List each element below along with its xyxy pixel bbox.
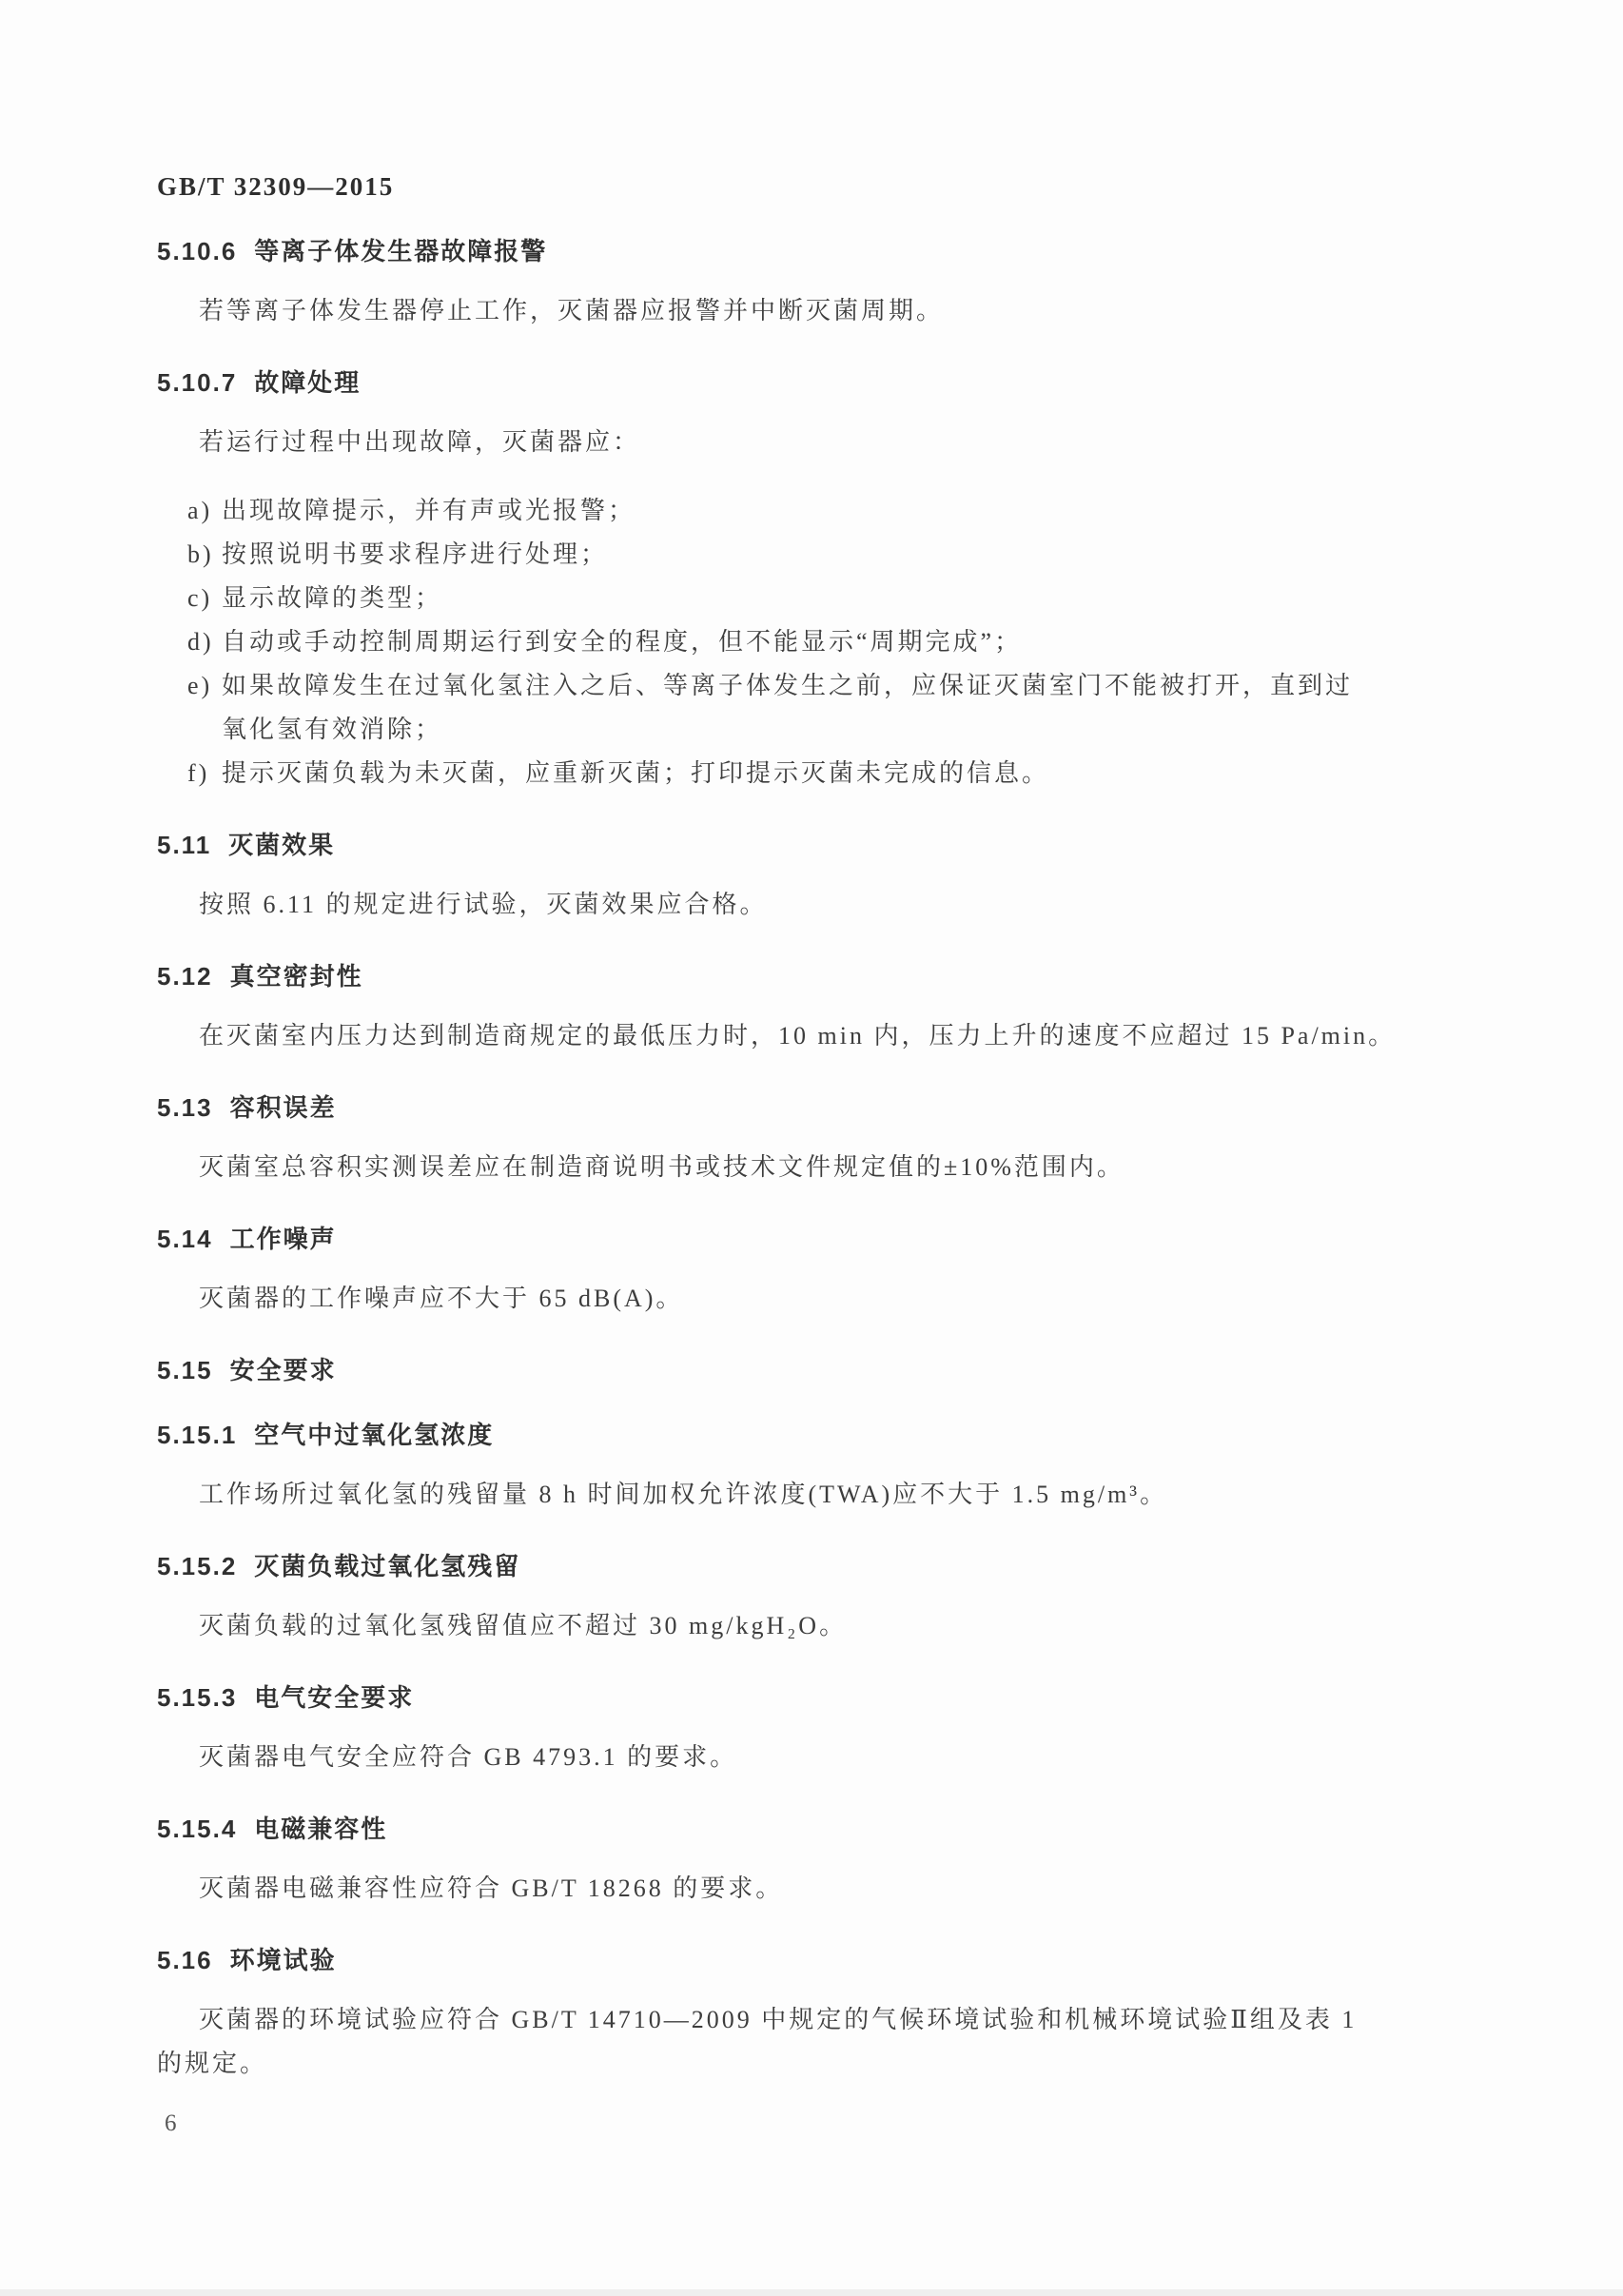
list-item-text: 出现故障提示，并有声或光报警； bbox=[222, 489, 1466, 533]
section-number: 5.14 bbox=[157, 1224, 213, 1254]
list-item: f) 提示灭菌负载为未灭菌，应重新灭菌；打印提示灭菌未完成的信息。 bbox=[187, 752, 1466, 795]
section-number: 5.15.2 bbox=[157, 1551, 237, 1581]
section-heading-5-11: 5.11 灭菌效果 bbox=[157, 830, 1466, 860]
section-number: 5.16 bbox=[157, 1945, 213, 1975]
section-heading-5-10-6: 5.10.6 等离子体发生器故障报警 bbox=[157, 236, 1466, 266]
list-item-text: 如果故障发生在过氧化氢注入之后、等离子体发生之前，应保证灭菌室门不能被打开，直到… bbox=[222, 664, 1373, 752]
list-item: d) 自动或手动控制周期运行到安全的程度，但不能显示“周期完成”； bbox=[187, 620, 1466, 664]
page-number: 6 bbox=[157, 2110, 1466, 2137]
section-body-5-13: 灭菌室总容积实测误差应在制造商说明书或技术文件规定值的±10%范围内。 bbox=[157, 1146, 1466, 1189]
document-code-header: GB/T 32309—2015 bbox=[157, 171, 1466, 202]
list-item: e) 如果故障发生在过氧化氢注入之后、等离子体发生之前，应保证灭菌室门不能被打开… bbox=[187, 664, 1466, 752]
section-title: 真空密封性 bbox=[230, 961, 363, 991]
section-title: 电磁兼容性 bbox=[254, 1814, 387, 1844]
section-title: 空气中过氧化氢浓度 bbox=[254, 1420, 494, 1450]
list-item-text: 按照说明书要求程序进行处理； bbox=[222, 533, 1466, 577]
section-number: 5.10.6 bbox=[157, 236, 237, 266]
section-number: 5.15.4 bbox=[157, 1814, 237, 1844]
section-body-5-12: 在灭菌室内压力达到制造商规定的最低压力时，10 min 内，压力上升的速度不应超… bbox=[157, 1014, 1466, 1058]
section-number: 5.15.1 bbox=[157, 1420, 237, 1450]
section-title: 灭菌效果 bbox=[228, 830, 335, 860]
list-item: a) 出现故障提示，并有声或光报警； bbox=[187, 489, 1466, 533]
section-heading-5-15: 5.15 安全要求 bbox=[157, 1355, 1466, 1385]
section-body-5-15-1: 工作场所过氧化氢的残留量 8 h 时间加权允许浓度(TWA)应不大于 1.5 m… bbox=[157, 1473, 1466, 1517]
section-heading-5-15-4: 5.15.4 电磁兼容性 bbox=[157, 1814, 1466, 1844]
list-item-marker: f) bbox=[187, 752, 222, 795]
list-item-text: 显示故障的类型； bbox=[222, 577, 1466, 620]
standard-document-page: GB/T 32309—2015 5.10.6 等离子体发生器故障报警 若等离子体… bbox=[0, 0, 1623, 2296]
list-item: b) 按照说明书要求程序进行处理； bbox=[187, 533, 1466, 577]
section-body-5-15-2: 灭菌负载的过氧化氢残留值应不超过 30 mg/kgH₂O。 bbox=[157, 1604, 1466, 1648]
section-title: 工作噪声 bbox=[230, 1224, 337, 1254]
section-number: 5.15 bbox=[157, 1355, 213, 1385]
list-item-marker: d) bbox=[187, 620, 222, 664]
list-item-text: 自动或手动控制周期运行到安全的程度，但不能显示“周期完成”； bbox=[222, 620, 1466, 664]
section-title: 灭菌负载过氧化氢残留 bbox=[254, 1551, 520, 1581]
section-number: 5.11 bbox=[157, 830, 211, 860]
section-body-5-16: 灭菌器的环境试验应符合 GB/T 14710—2009 中规定的气候环境试验和机… bbox=[157, 1998, 1466, 2086]
fault-handling-list: a) 出现故障提示，并有声或光报警； b) 按照说明书要求程序进行处理； c) … bbox=[157, 489, 1466, 795]
section-title: 等离子体发生器故障报警 bbox=[254, 236, 547, 266]
section-title: 故障处理 bbox=[254, 367, 361, 398]
section-body-5-14: 灭菌器的工作噪声应不大于 65 dB(A)。 bbox=[157, 1277, 1466, 1321]
section-title: 电气安全要求 bbox=[254, 1682, 414, 1713]
section-body-5-16-line1: 灭菌器的环境试验应符合 GB/T 14710—2009 中规定的气候环境试验和机… bbox=[199, 2006, 1357, 2033]
section-heading-5-16: 5.16 环境试验 bbox=[157, 1945, 1466, 1975]
section-number: 5.13 bbox=[157, 1092, 213, 1123]
section-number: 5.15.3 bbox=[157, 1682, 237, 1713]
list-item-text: 提示灭菌负载为未灭菌，应重新灭菌；打印提示灭菌未完成的信息。 bbox=[222, 752, 1466, 795]
list-item-marker: e) bbox=[187, 664, 222, 708]
list-item: c) 显示故障的类型； bbox=[187, 577, 1466, 620]
section-heading-5-14: 5.14 工作噪声 bbox=[157, 1224, 1466, 1254]
section-body-5-15-4: 灭菌器电磁兼容性应符合 GB/T 18268 的要求。 bbox=[157, 1867, 1466, 1911]
list-item-marker: c) bbox=[187, 577, 222, 620]
section-heading-5-15-2: 5.15.2 灭菌负载过氧化氢残留 bbox=[157, 1551, 1466, 1581]
section-heading-5-10-7: 5.10.7 故障处理 bbox=[157, 367, 1466, 398]
section-number: 5.12 bbox=[157, 961, 213, 991]
section-heading-5-15-3: 5.15.3 电气安全要求 bbox=[157, 1682, 1466, 1713]
section-body-5-11: 按照 6.11 的规定进行试验，灭菌效果应合格。 bbox=[157, 883, 1466, 927]
section-title: 安全要求 bbox=[230, 1355, 337, 1385]
section-heading-5-15-1: 5.15.1 空气中过氧化氢浓度 bbox=[157, 1420, 1466, 1450]
section-heading-5-12: 5.12 真空密封性 bbox=[157, 961, 1466, 991]
section-body-5-10-6: 若等离子体发生器停止工作，灭菌器应报警并中断灭菌周期。 bbox=[157, 289, 1466, 333]
section-intro-5-10-7: 若运行过程中出现故障，灭菌器应： bbox=[157, 421, 1466, 464]
section-heading-5-13: 5.13 容积误差 bbox=[157, 1092, 1466, 1123]
section-body-5-15-3: 灭菌器电气安全应符合 GB 4793.1 的要求。 bbox=[157, 1736, 1466, 1779]
scan-edge-strip bbox=[0, 2289, 1623, 2296]
section-title: 容积误差 bbox=[230, 1092, 337, 1123]
list-item-marker: a) bbox=[187, 489, 222, 533]
section-title: 环境试验 bbox=[230, 1945, 337, 1975]
section-number: 5.10.7 bbox=[157, 367, 237, 398]
list-item-marker: b) bbox=[187, 533, 222, 577]
section-body-5-16-line2: 的规定。 bbox=[157, 2050, 267, 2077]
